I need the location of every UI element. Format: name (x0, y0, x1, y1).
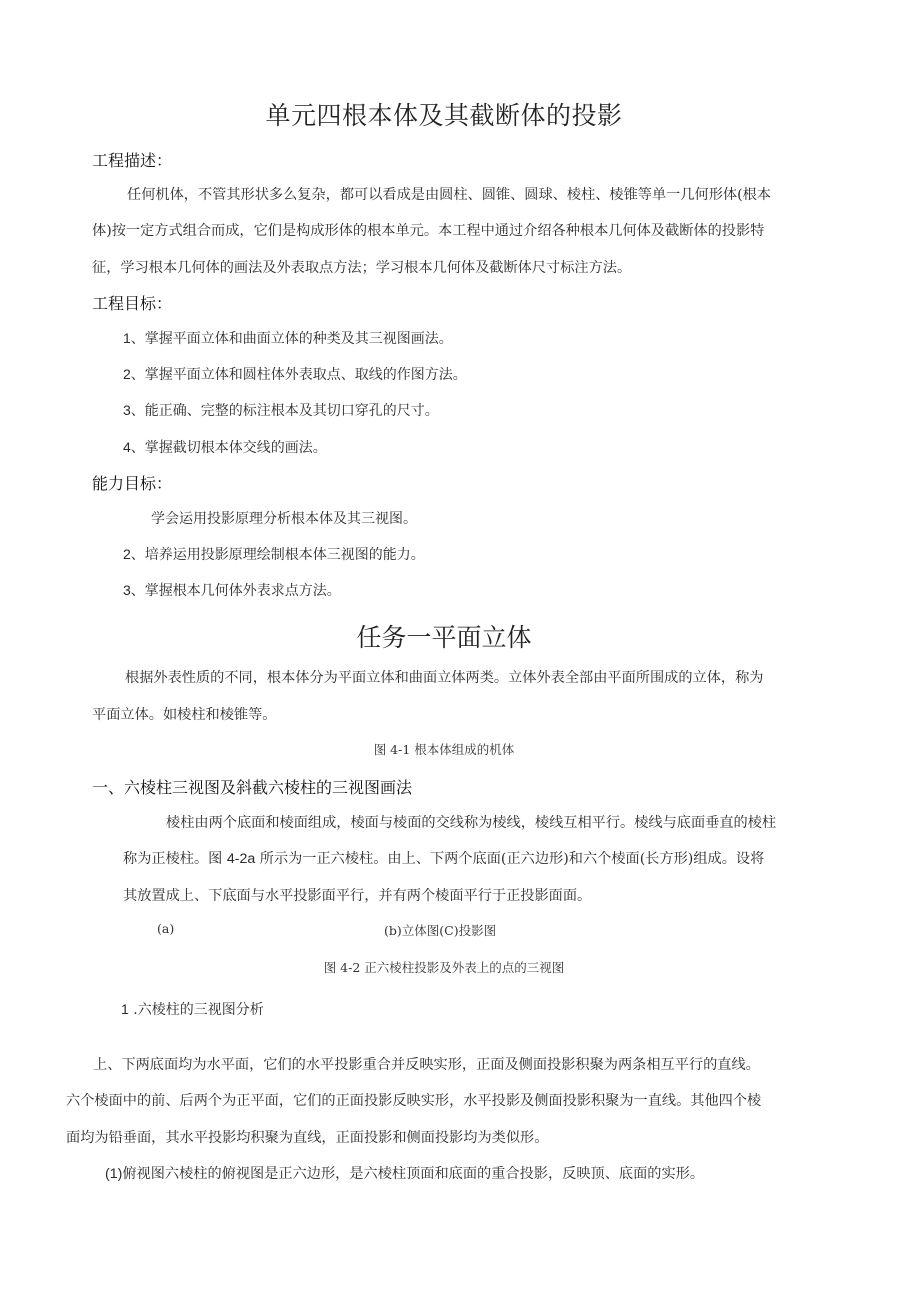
paragraph-line: 任何机体，不管其形状多么复杂，都可以看成是由圆柱、圆锥、圆球、棱柱、棱锥等单一几… (127, 184, 771, 204)
list-text: 学会运用投影原理分析根本体及其三视图。 (151, 511, 417, 527)
list-number: 3 (123, 402, 131, 418)
paragraph-line: 六个棱面中的前、后两个为正平面，它们的正面投影反映实形，水平投影及侧面投影积聚为… (66, 1090, 761, 1110)
section-heading-project-description: 工程描述： (92, 148, 172, 171)
figure-reference: 4-2a (227, 851, 255, 867)
list-number: 4 (123, 439, 131, 455)
text-run: 称为正棱柱。图 (123, 851, 227, 867)
analysis-heading: 1 .六棱柱的三视图分析 (121, 999, 264, 1019)
paragraph-line: 其放置成上、下底面与水平投影面平行，并有两个棱面平行于正投影面面。 (123, 885, 591, 905)
list-number: 2 (123, 366, 131, 382)
paragraph-line: 体)按一定方式组合而成，它们是构成形体的根本单元。本工程中通过介绍各种根本几何体… (92, 220, 764, 240)
analysis-heading-number: 1 (121, 1001, 129, 1017)
paragraph-line: 上、下两底面均为水平面，它们的水平投影重合并反映实形，正面及侧面投影积聚为两条相… (93, 1054, 760, 1074)
paragraph-line: 面均为铅垂面，其水平投影均积聚为直线，正面投影和侧面投影均为类似形。 (66, 1127, 548, 1147)
goal-list-item: 3、能正确、完整的标注根本及其切口穿孔的尺寸。 (123, 400, 439, 420)
analysis-heading-text: .六棱柱的三视图分析 (129, 1002, 264, 1018)
list-text: 、掌握根本几何体外表求点方法。 (131, 583, 341, 599)
goal-list-item: 4、掌握截切根本体交线的画法。 (123, 437, 327, 457)
paragraph-line: 棱柱由两个底面和棱面组成，棱面与棱面的交线称为棱线，棱线互相平行。棱线与底面垂直… (166, 812, 776, 832)
top-view-paragraph: (1)俯视图六棱柱的俯视图是正六边形，是六棱柱顶面和底面的重合投影，反映顶、底面… (105, 1163, 704, 1183)
top-view-number: (1) (105, 1166, 122, 1182)
figure-sublabel-a: (a) (157, 921, 174, 936)
figure-caption-4-2: 图 4-2 正六棱柱投影及外表上的点的三视图 (0, 958, 888, 976)
ability-list-item: 3、掌握根本几何体外表求点方法。 (123, 580, 341, 600)
list-text: 、掌握截切根本体交线的画法。 (131, 440, 327, 456)
goal-list-item: 2、掌握平面立体和圆柱体外表取点、取线的作图方法。 (123, 364, 467, 384)
document-title: 单元四根本体及其截断体的投影 (0, 96, 888, 132)
paragraph-line: 根据外表性质的不同，根本体分为平面立体和曲面立体两类。立体外表全部由平面所围成的… (125, 667, 763, 687)
list-number: 1 (123, 330, 131, 346)
subsection-heading: 一、六棱柱三视图及斜截六棱柱的三视图画法 (92, 775, 412, 798)
list-text: 、掌握平面立体和圆柱体外表取点、取线的作图方法。 (131, 367, 467, 383)
list-number: 2 (123, 546, 131, 562)
task-title: 任务一平面立体 (0, 618, 888, 654)
top-view-text: 俯视图六棱柱的俯视图是正六边形，是六棱柱顶面和底面的重合投影，反映顶、底面的实形… (122, 1166, 704, 1182)
paragraph-line: 平面立体。如棱柱和棱锥等。 (92, 704, 276, 724)
text-run: 所示为一正六棱柱。由上、下两个底面(正六边形)和六个棱面(长方形)组成。设将 (255, 851, 764, 867)
figure-caption-4-1: 图 4-1 根本体组成的机体 (0, 740, 888, 758)
goal-list-item: 1、掌握平面立体和曲面立体的种类及其三视图画法。 (123, 328, 453, 348)
paragraph-line: 称为正棱柱。图 4-2a 所示为一正六棱柱。由上、下两个底面(正六边形)和六个棱… (123, 848, 764, 868)
list-text: 、掌握平面立体和曲面立体的种类及其三视图画法。 (131, 331, 453, 347)
section-heading-project-goals: 工程目标： (92, 291, 172, 314)
section-heading-ability-goals: 能力目标： (92, 471, 172, 494)
list-text: 、能正确、完整的标注根本及其切口穿孔的尺寸。 (131, 403, 439, 419)
ability-list-item: 2、培养运用投影原理绘制根本体三视图的能力。 (123, 544, 425, 564)
ability-list-item: 学会运用投影原理分析根本体及其三视图。 (151, 508, 417, 528)
list-text: 、培养运用投影原理绘制根本体三视图的能力。 (131, 547, 425, 563)
figure-sublabel-bc: (b)立体图(C)投影图 (384, 921, 496, 939)
paragraph-line: 征，学习根本几何体的画法及外表取点方法；学习根本几何体及截断体尺寸标注方法。 (92, 257, 631, 277)
list-number: 3 (123, 582, 131, 598)
